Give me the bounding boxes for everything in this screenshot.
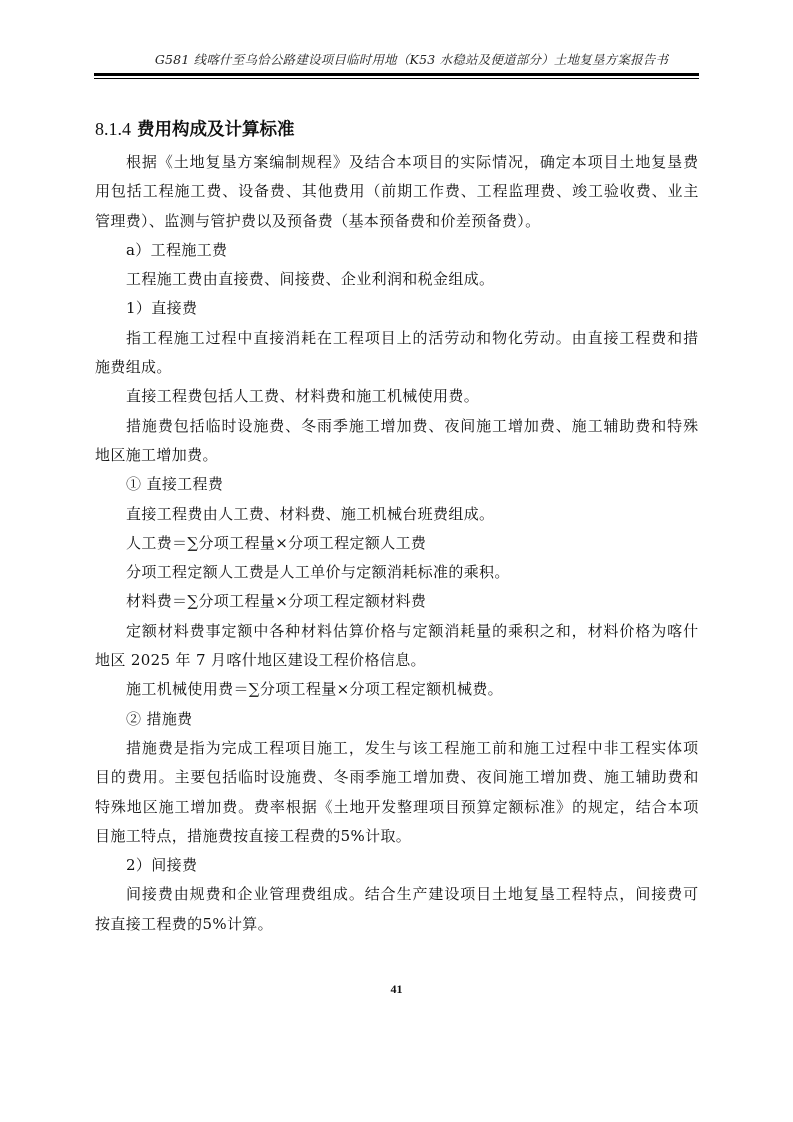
page-header: G581 线喀什至乌恰公路建设项目临时用地（K53 水稳站及便道部分）土地复垦方… bbox=[94, 50, 699, 68]
paragraph-line: 目的费用。主要包括临时设施费、冬雨季施工增加费、夜间施工增加费、施工辅助费和 bbox=[95, 763, 699, 792]
paragraph-line: 目施工特点，措施费按直接工程费的5%计取。 bbox=[95, 822, 699, 851]
paragraph: ① 直接工程费 bbox=[95, 470, 699, 499]
paragraph: a）工程施工费 bbox=[95, 236, 699, 265]
paragraph: 措施费是指为完成工程项目施工，发生与该工程施工前和施工过程中非工程实体项目的费用… bbox=[95, 734, 699, 851]
paragraph-line: a）工程施工费 bbox=[95, 236, 699, 265]
paragraph-line: 2）间接费 bbox=[95, 851, 699, 880]
paragraph-line: 措施费是指为完成工程项目施工，发生与该工程施工前和施工过程中非工程实体项 bbox=[95, 734, 699, 763]
header-rule-thick bbox=[94, 73, 699, 76]
paragraph: 定额材料费事定额中各种材料估算价格与定额消耗量的乘积之和，材料价格为喀什地区 2… bbox=[95, 617, 699, 676]
paragraph-line: 人工费＝∑分项工程量×分项工程定额人工费 bbox=[95, 529, 699, 558]
paragraph-line: 管理费）、监测与管护费以及预备费（基本预备费和价差预备费）。 bbox=[95, 207, 699, 236]
paragraph-line: 1）直接费 bbox=[95, 294, 699, 323]
paragraph-line: 施工机械使用费＝∑分项工程量×分项工程定额机械费。 bbox=[95, 675, 699, 704]
paragraph: 直接工程费由人工费、材料费、施工机械台班费组成。 bbox=[95, 500, 699, 529]
paragraph-line: 施费组成。 bbox=[95, 353, 699, 382]
paragraph: 指工程施工过程中直接消耗在工程项目上的活劳动和物化劳动。由直接工程费和措施费组成… bbox=[95, 324, 699, 383]
page-body: 8.1.4费用构成及计算标准 根据《土地复垦方案编制规程》及结合本项目的实际情况… bbox=[95, 112, 699, 939]
paragraph-line: 分项工程定额人工费是人工单价与定额消耗标准的乘积。 bbox=[95, 558, 699, 587]
paragraph-line: 特殊地区施工增加费。费率根据《土地开发整理项目预算定额标准》的规定，结合本项 bbox=[95, 793, 699, 822]
paragraph: 根据《土地复垦方案编制规程》及结合本项目的实际情况，确定本项目土地复垦费用包括工… bbox=[95, 148, 699, 236]
paragraph-line: 按直接工程费的5%计算。 bbox=[95, 910, 699, 939]
paragraph-line: 工程施工费由直接费、间接费、企业利润和税金组成。 bbox=[95, 265, 699, 294]
paragraph: ② 措施费 bbox=[95, 705, 699, 734]
paragraph: 措施费包括临时设施费、冬雨季施工增加费、夜间施工增加费、施工辅助费和特殊地区施工… bbox=[95, 412, 699, 471]
paragraph: 直接工程费包括人工费、材料费和施工机械使用费。 bbox=[95, 382, 699, 411]
section-heading: 8.1.4费用构成及计算标准 bbox=[95, 112, 699, 146]
paragraph-line: 指工程施工过程中直接消耗在工程项目上的活劳动和物化劳动。由直接工程费和措 bbox=[95, 324, 699, 353]
paragraph-line: 材料费＝∑分项工程量×分项工程定额材料费 bbox=[95, 587, 699, 616]
paragraph-line: 措施费包括临时设施费、冬雨季施工增加费、夜间施工增加费、施工辅助费和特殊 bbox=[95, 412, 699, 441]
paragraph: 施工机械使用费＝∑分项工程量×分项工程定额机械费。 bbox=[95, 675, 699, 704]
running-header-title: G581 线喀什至乌恰公路建设项目临时用地（K53 水稳站及便道部分）土地复垦方… bbox=[94, 50, 699, 68]
paragraph-line: ② 措施费 bbox=[95, 705, 699, 734]
header-rule-thin bbox=[94, 78, 699, 79]
section-number: 8.1.4 bbox=[95, 119, 131, 139]
paragraph-line: 地区施工增加费。 bbox=[95, 441, 699, 470]
section-title: 费用构成及计算标准 bbox=[137, 120, 295, 140]
paragraph: 分项工程定额人工费是人工单价与定额消耗标准的乘积。 bbox=[95, 558, 699, 587]
paragraph-line: 直接工程费包括人工费、材料费和施工机械使用费。 bbox=[95, 382, 699, 411]
paragraph: 间接费由规费和企业管理费组成。结合生产建设项目土地复垦工程特点，间接费可按直接工… bbox=[95, 880, 699, 939]
paragraph: 工程施工费由直接费、间接费、企业利润和税金组成。 bbox=[95, 265, 699, 294]
paragraph-line: 用包括工程施工费、设备费、其他费用（前期工作费、工程监理费、竣工验收费、业主 bbox=[95, 177, 699, 206]
page-number: 41 bbox=[0, 982, 793, 997]
paragraph-line: 定额材料费事定额中各种材料估算价格与定额消耗量的乘积之和，材料价格为喀什 bbox=[95, 617, 699, 646]
paragraph: 人工费＝∑分项工程量×分项工程定额人工费 bbox=[95, 529, 699, 558]
paragraph: 1）直接费 bbox=[95, 294, 699, 323]
paragraph-line: ① 直接工程费 bbox=[95, 470, 699, 499]
paragraph-list: 根据《土地复垦方案编制规程》及结合本项目的实际情况，确定本项目土地复垦费用包括工… bbox=[95, 148, 699, 939]
paragraph-line: 直接工程费由人工费、材料费、施工机械台班费组成。 bbox=[95, 500, 699, 529]
paragraph-line: 地区 2025 年 7 月喀什地区建设工程价格信息。 bbox=[95, 646, 699, 675]
paragraph: 2）间接费 bbox=[95, 851, 699, 880]
paragraph: 材料费＝∑分项工程量×分项工程定额材料费 bbox=[95, 587, 699, 616]
paragraph-line: 根据《土地复垦方案编制规程》及结合本项目的实际情况，确定本项目土地复垦费 bbox=[95, 148, 699, 177]
paragraph-line: 间接费由规费和企业管理费组成。结合生产建设项目土地复垦工程特点，间接费可 bbox=[95, 880, 699, 909]
